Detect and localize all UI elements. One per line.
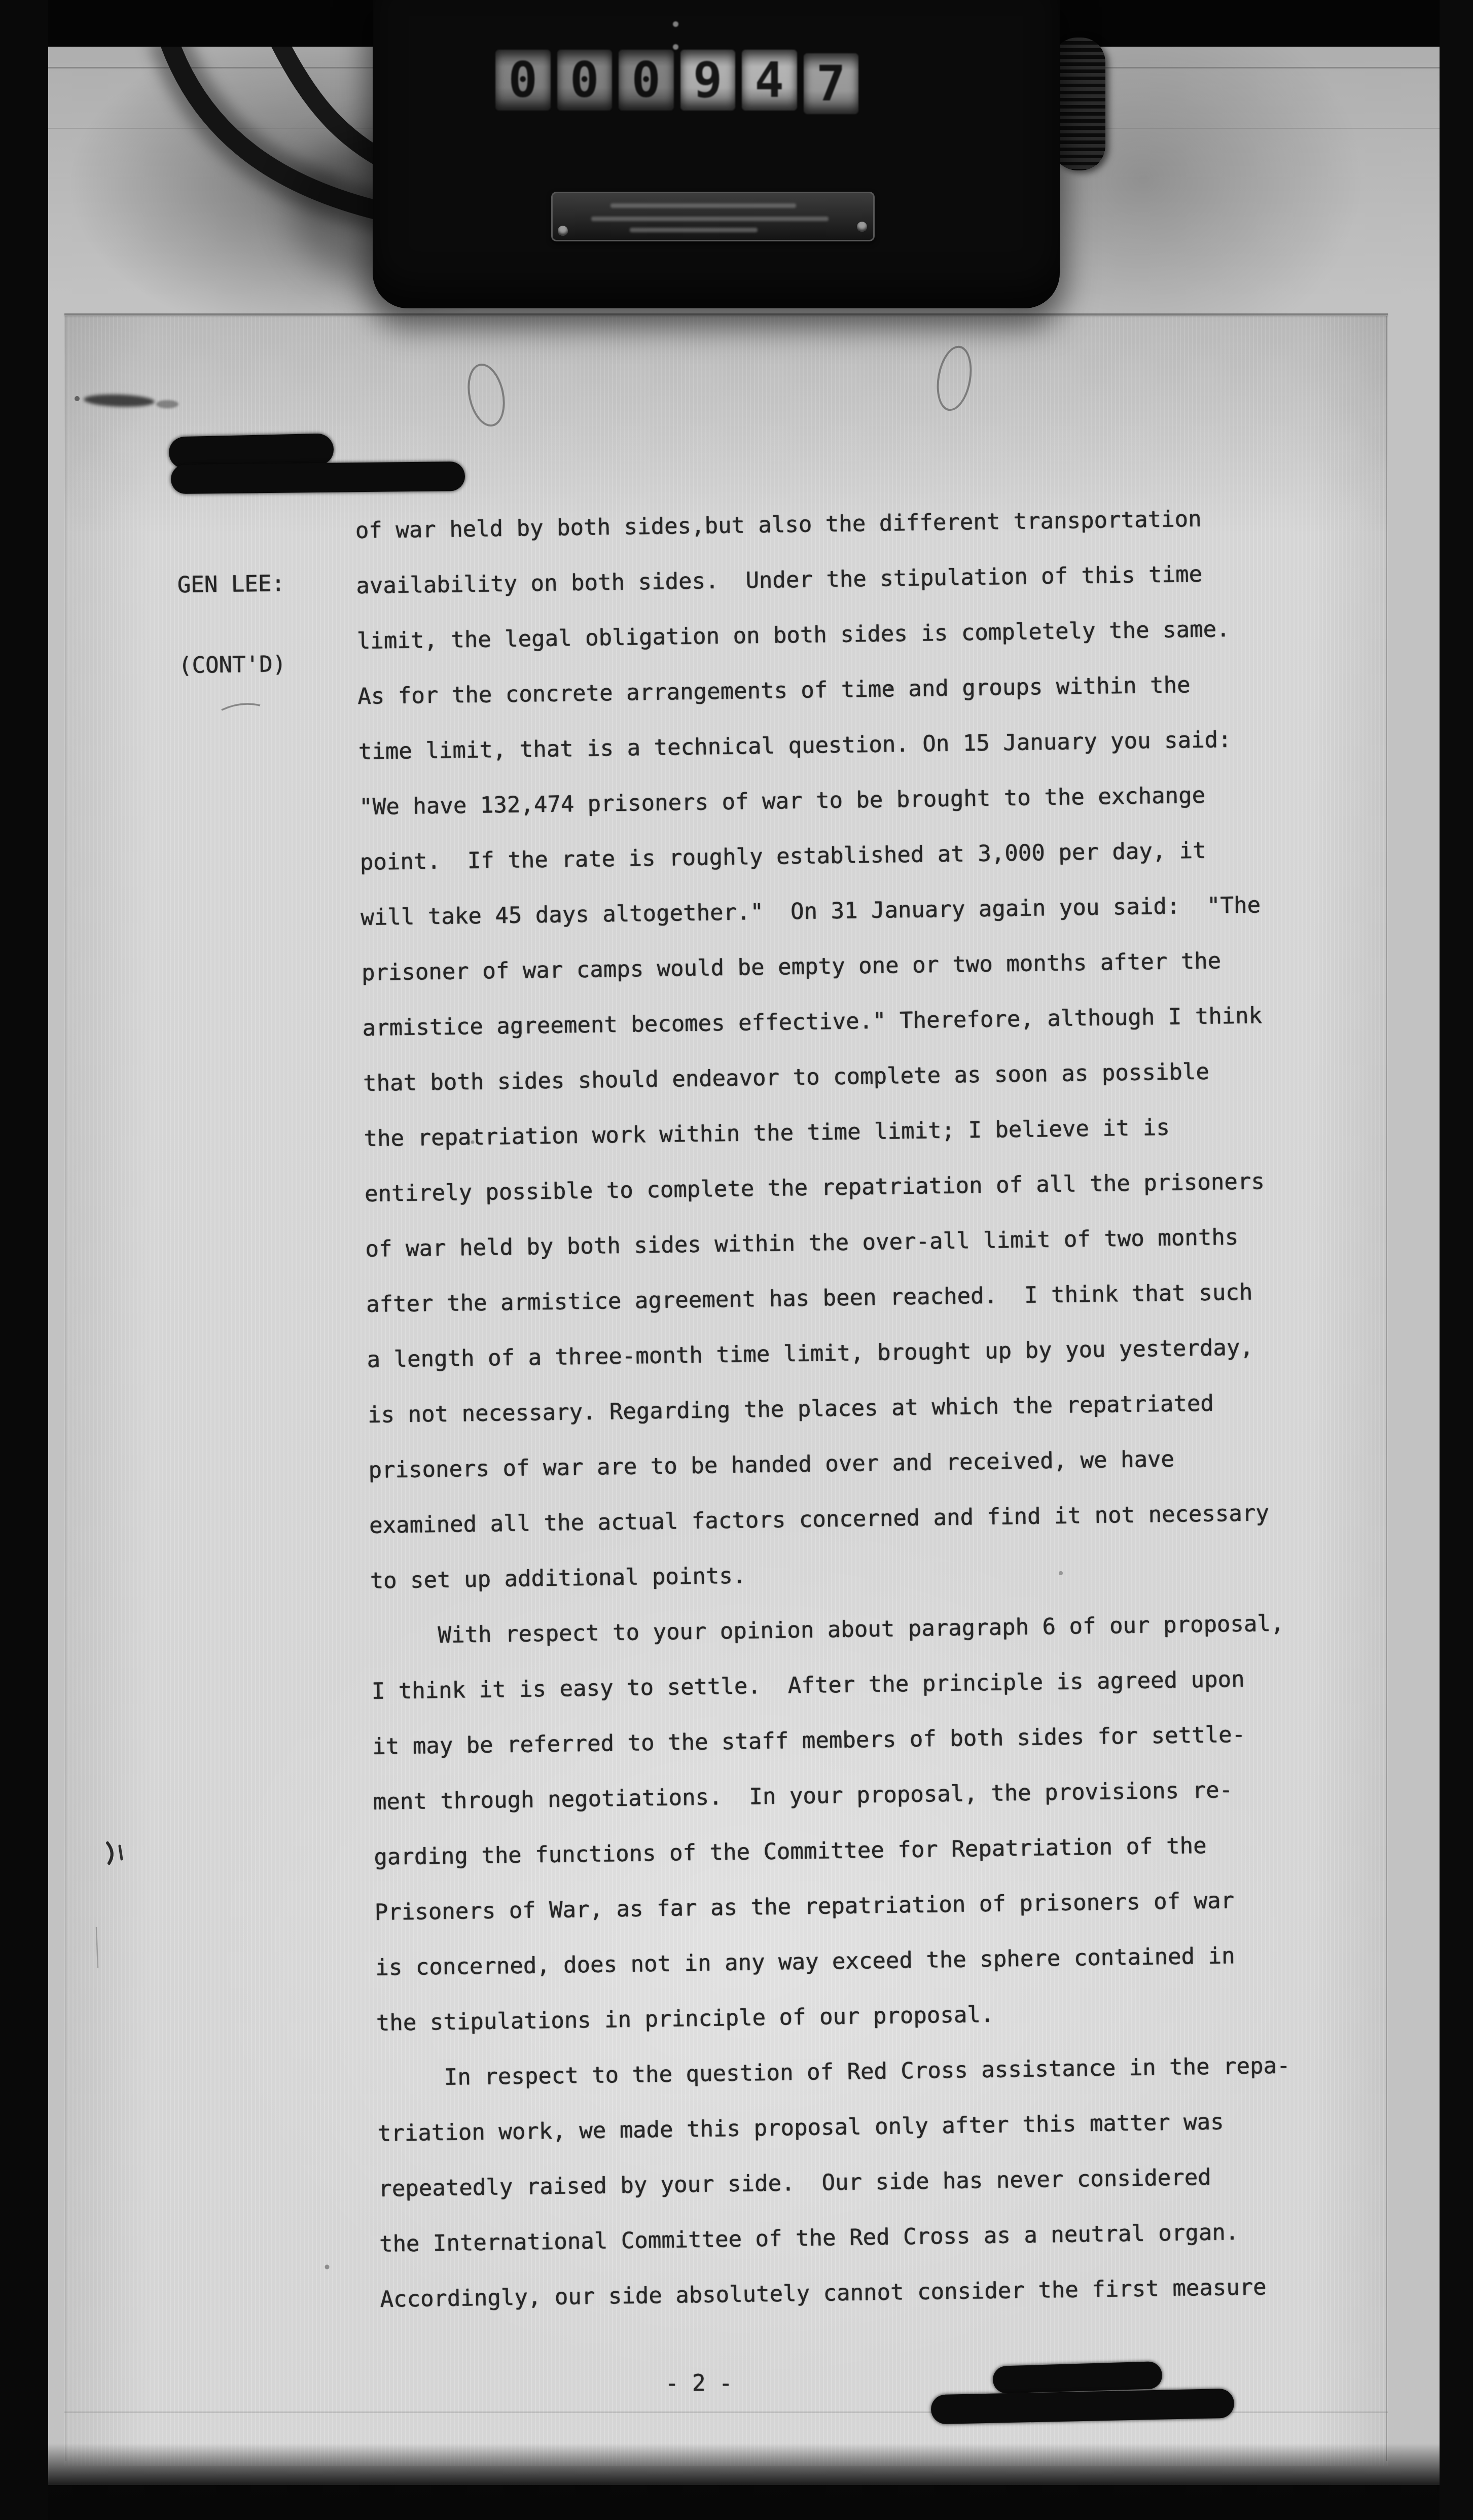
pencil-curve	[222, 704, 260, 710]
ink-marks	[0, 0, 1473, 2520]
film-bottom-band	[0, 2443, 1473, 2520]
microfilm-frame: 000947 GEN LEE: (CONT'D) of war held by …	[0, 0, 1473, 2520]
pencil-smear	[84, 394, 155, 408]
film-right-band	[1440, 0, 1473, 2520]
film-left-band	[0, 0, 48, 2520]
margin-ink-mark	[120, 1846, 122, 1859]
margin-ink-mark	[107, 1843, 112, 1863]
